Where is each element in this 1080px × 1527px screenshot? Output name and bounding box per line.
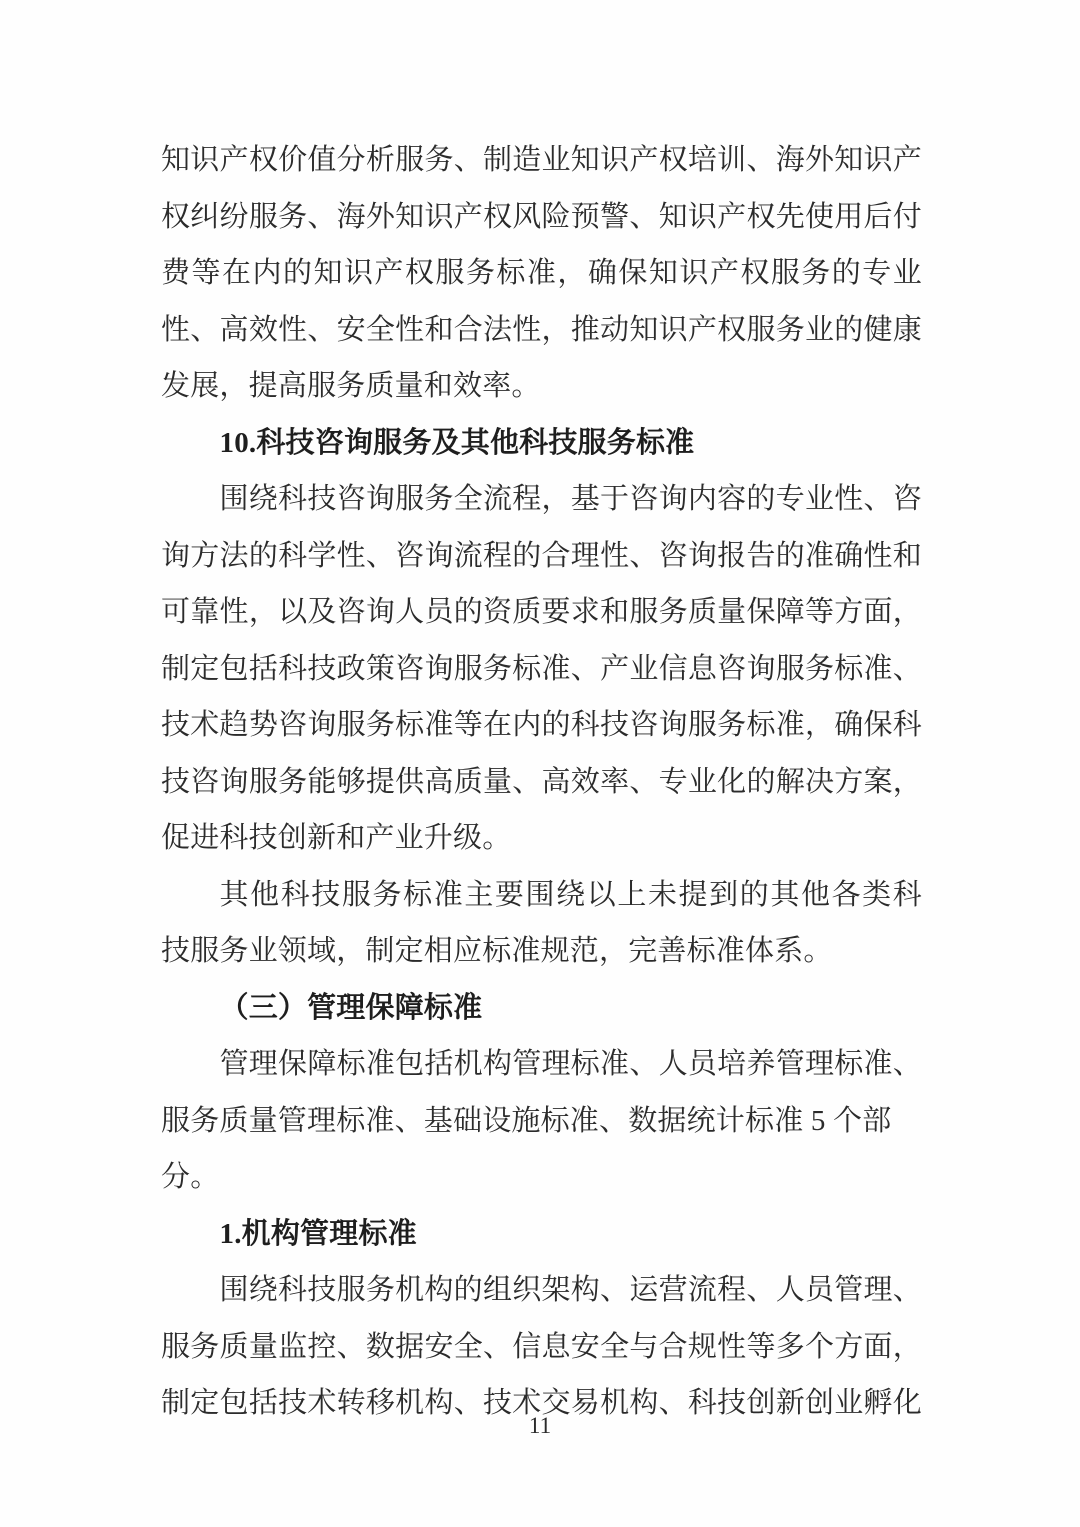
section-heading: （三）管理保障标准 bbox=[161, 980, 922, 1037]
text-line: 服务质量监控、数据安全、信息安全与合规性等多个方面， bbox=[161, 1319, 922, 1376]
text-line: 费等在内的知识产权服务标准，确保知识产权服务的专业 bbox=[161, 245, 922, 302]
text-line: 发展，提高服务质量和效率。 bbox=[161, 358, 922, 415]
text-line: 性、高效性、安全性和合法性，推动知识产权服务业的健康 bbox=[161, 302, 922, 359]
document-body: 知识产权价值分析服务、制造业知识产权培训、海外知识产 权纠纷服务、海外知识产权风… bbox=[161, 132, 922, 1432]
text-line: 询方法的科学性、咨询流程的合理性、咨询报告的准确性和 bbox=[161, 528, 922, 585]
text-line: 服务质量管理标准、基础设施标准、数据统计标准 5 个部分。 bbox=[161, 1093, 922, 1206]
text-line: 管理保障标准包括机构管理标准、人员培养管理标准、 bbox=[161, 1036, 922, 1093]
text-line: 技术趋势咨询服务标准等在内的科技咨询服务标准，确保科 bbox=[161, 697, 922, 754]
text-line: 技咨询服务能够提供高质量、高效率、专业化的解决方案， bbox=[161, 754, 922, 811]
text-line: 知识产权价值分析服务、制造业知识产权培训、海外知识产 bbox=[161, 132, 922, 189]
text-line: 围绕科技咨询服务全流程，基于咨询内容的专业性、咨 bbox=[161, 471, 922, 528]
text-line: 可靠性，以及咨询人员的资质要求和服务质量保障等方面， bbox=[161, 584, 922, 641]
page-number: 11 bbox=[0, 1410, 1080, 1442]
document-page: 知识产权价值分析服务、制造业知识产权培训、海外知识产 权纠纷服务、海外知识产权风… bbox=[0, 0, 1080, 1527]
text-line: 技服务业领域，制定相应标准规范，完善标准体系。 bbox=[161, 923, 922, 980]
section-heading: 10.科技咨询服务及其他科技服务标准 bbox=[161, 415, 922, 472]
text-line: 制定包括科技政策咨询服务标准、产业信息咨询服务标准、 bbox=[161, 641, 922, 698]
text-line: 促进科技创新和产业升级。 bbox=[161, 810, 922, 867]
text-line: 其他科技服务标准主要围绕以上未提到的其他各类科 bbox=[161, 867, 922, 924]
text-line: 权纠纷服务、海外知识产权风险预警、知识产权先使用后付 bbox=[161, 189, 922, 246]
section-heading: 1.机构管理标准 bbox=[161, 1206, 922, 1263]
text-line: 围绕科技服务机构的组织架构、运营流程、人员管理、 bbox=[161, 1262, 922, 1319]
